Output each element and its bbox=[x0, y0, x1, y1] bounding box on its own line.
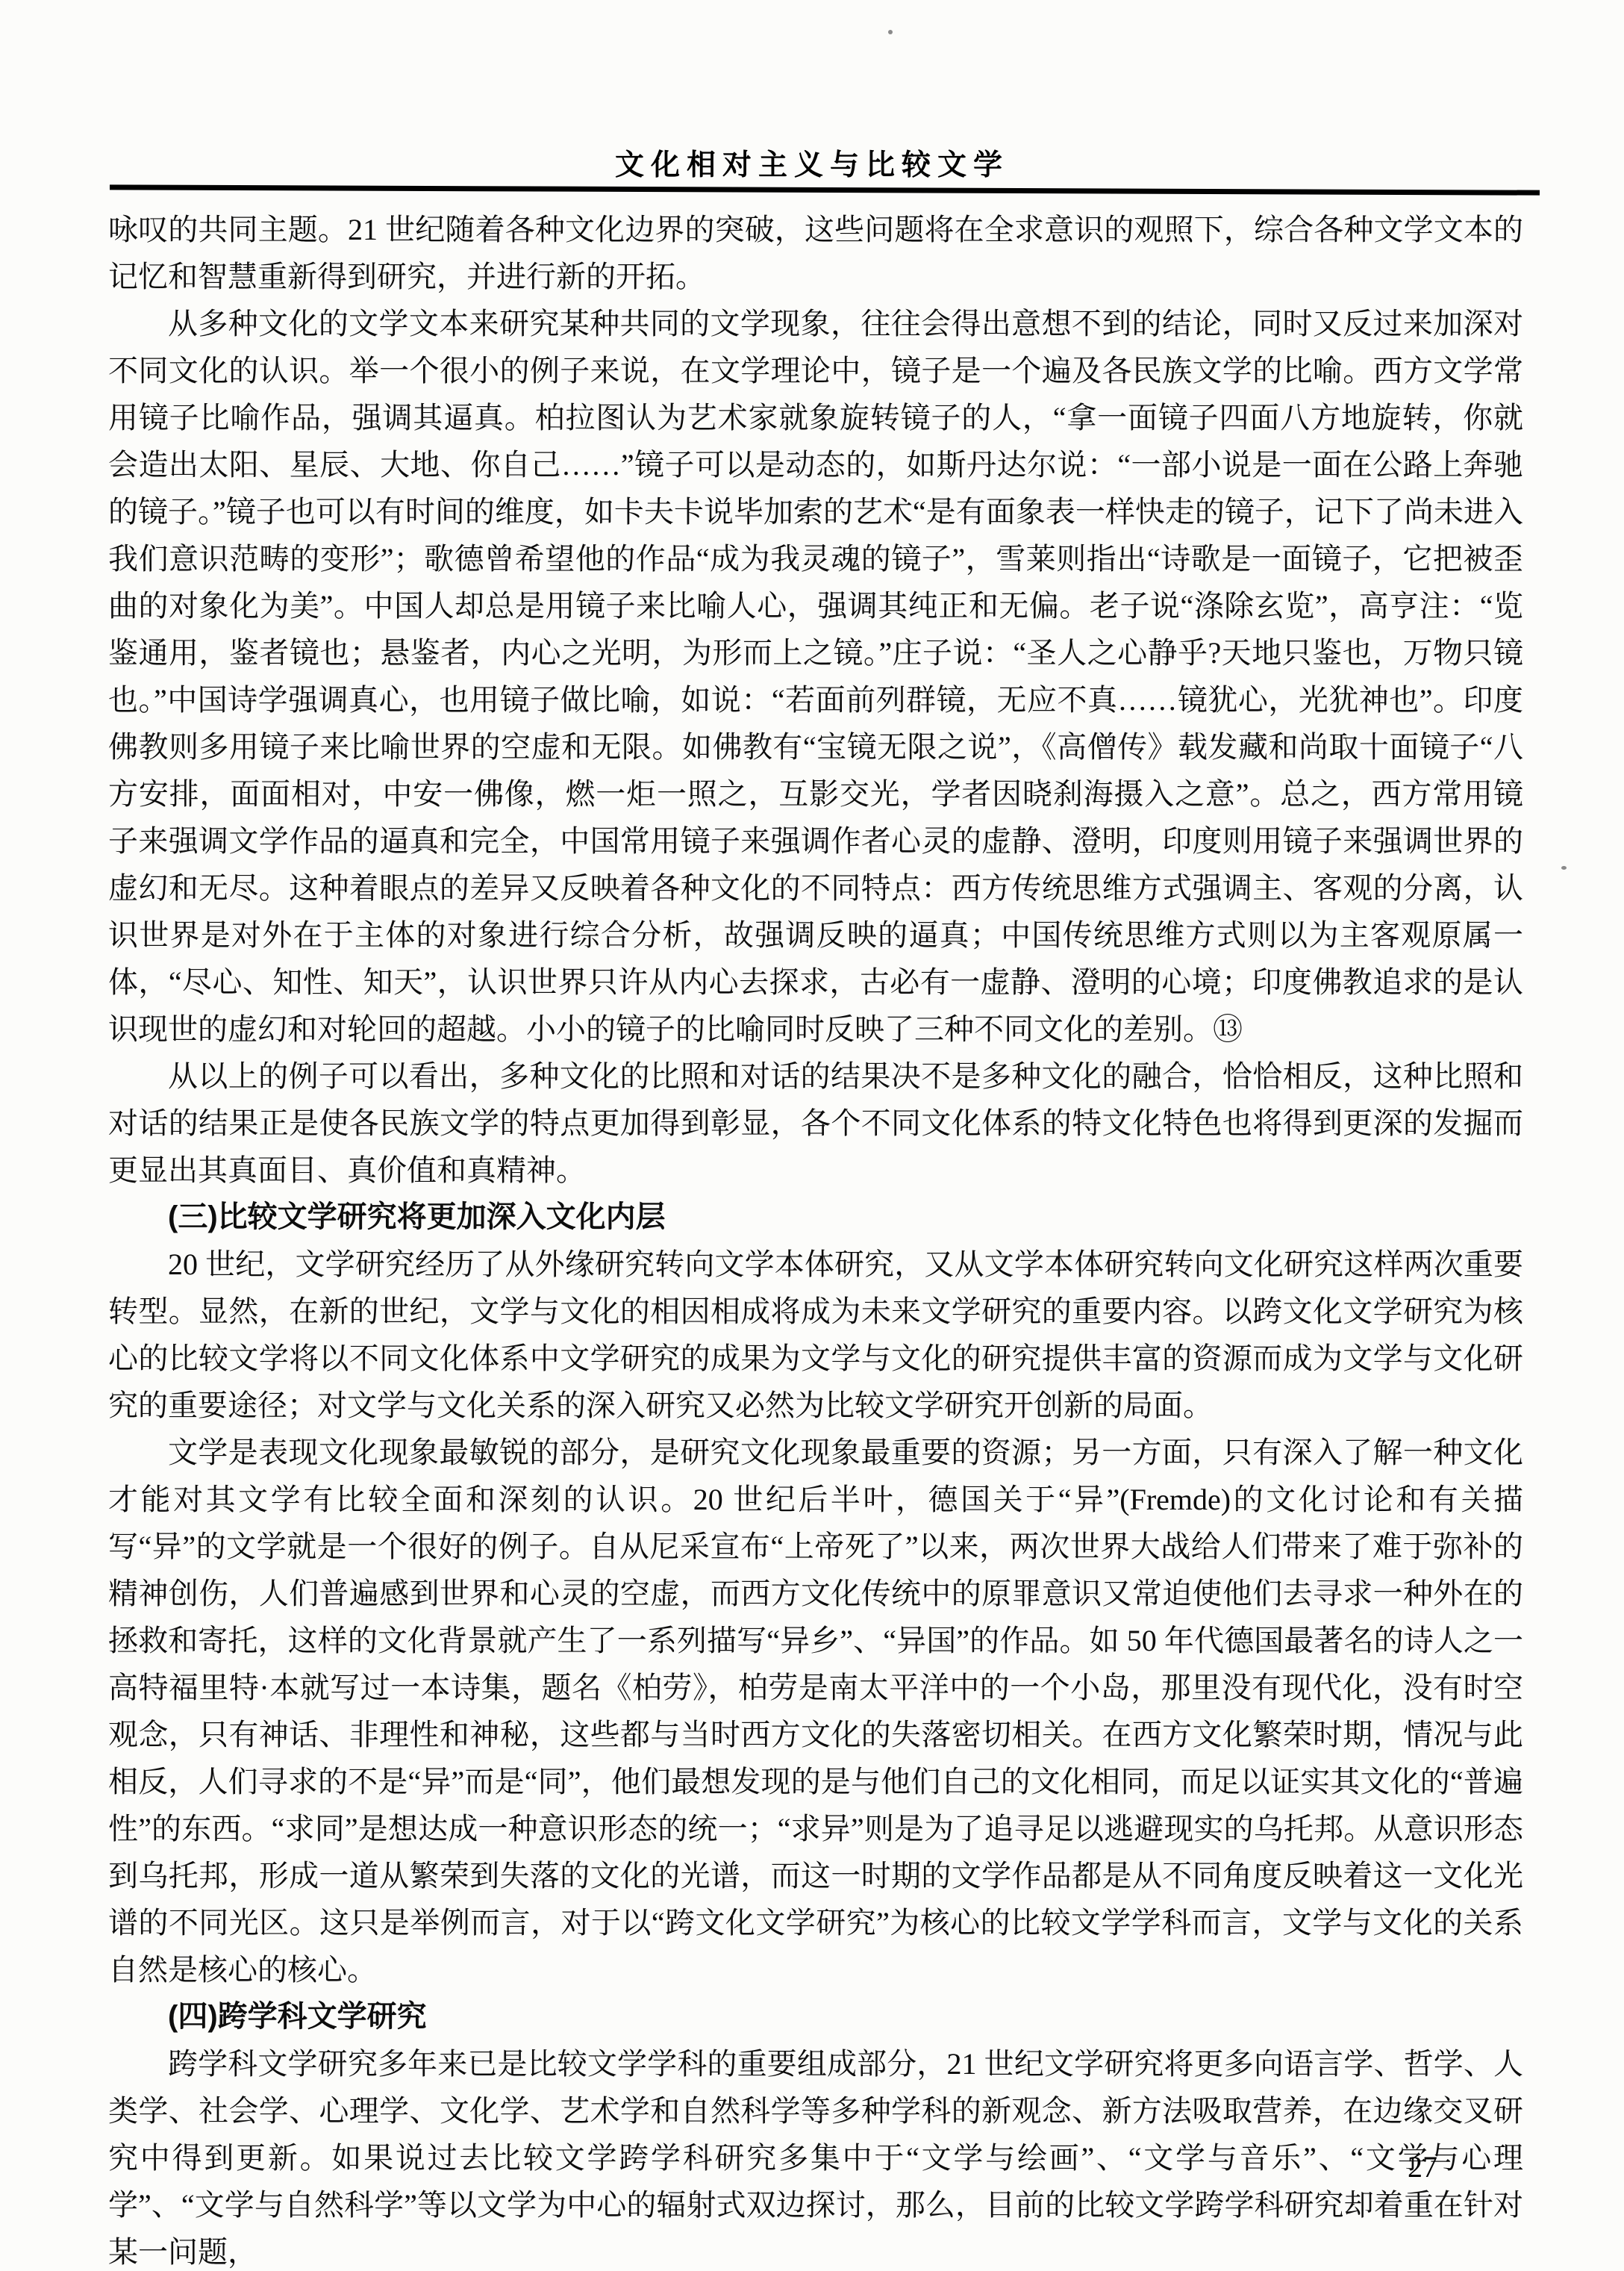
paragraph-interdisciplinary: 跨学科文学研究多年来已是比较文学学科的重要组成部分，21 世纪文学研究将更多向语… bbox=[108, 2040, 1523, 2271]
running-header-title: 文化相对主义与比较文学 bbox=[0, 142, 1624, 184]
paragraph-comparison-result: 从以上的例子可以看出，多种文化的比照和对话的结果决不是多种文化的融合，恰恰相反，… bbox=[108, 1053, 1523, 1194]
section-heading-4: (四)跨学科文学研究 bbox=[108, 1993, 1523, 2040]
scan-artifact-dot bbox=[888, 30, 893, 34]
paragraph-continuation: 咏叹的共同主题。21 世纪随着各种文化边界的突破，这些问题将在全求意识的观照下，… bbox=[108, 206, 1523, 300]
article-body: 咏叹的共同主题。21 世纪随着各种文化边界的突破，这些问题将在全求意识的观照下，… bbox=[108, 206, 1523, 2271]
section-heading-3: (三)比较文学研究将更加深入文化内层 bbox=[108, 1194, 1523, 1241]
header-divider-rule bbox=[110, 184, 1540, 195]
paragraph-mirror-metaphor: 从多种文化的文学文本来研究某种共同的文学现象，往往会得出意想不到的结论，同时又反… bbox=[108, 300, 1523, 1053]
page-number: 27 bbox=[1408, 2149, 1437, 2184]
scanned-document-page: 文化相对主义与比较文学 咏叹的共同主题。21 世纪随着各种文化边界的突破，这些问… bbox=[0, 0, 1624, 2271]
paragraph-fremde-example: 文学是表现文化现象最敏锐的部分，是研究文化现象最重要的资源；另一方面，只有深入了… bbox=[108, 1429, 1523, 1993]
paragraph-literature-culture: 20 世纪，文学研究经历了从外缘研究转向文学本体研究，又从文学本体研究转向文化研… bbox=[108, 1241, 1523, 1429]
scan-artifact-dot bbox=[1561, 866, 1567, 870]
